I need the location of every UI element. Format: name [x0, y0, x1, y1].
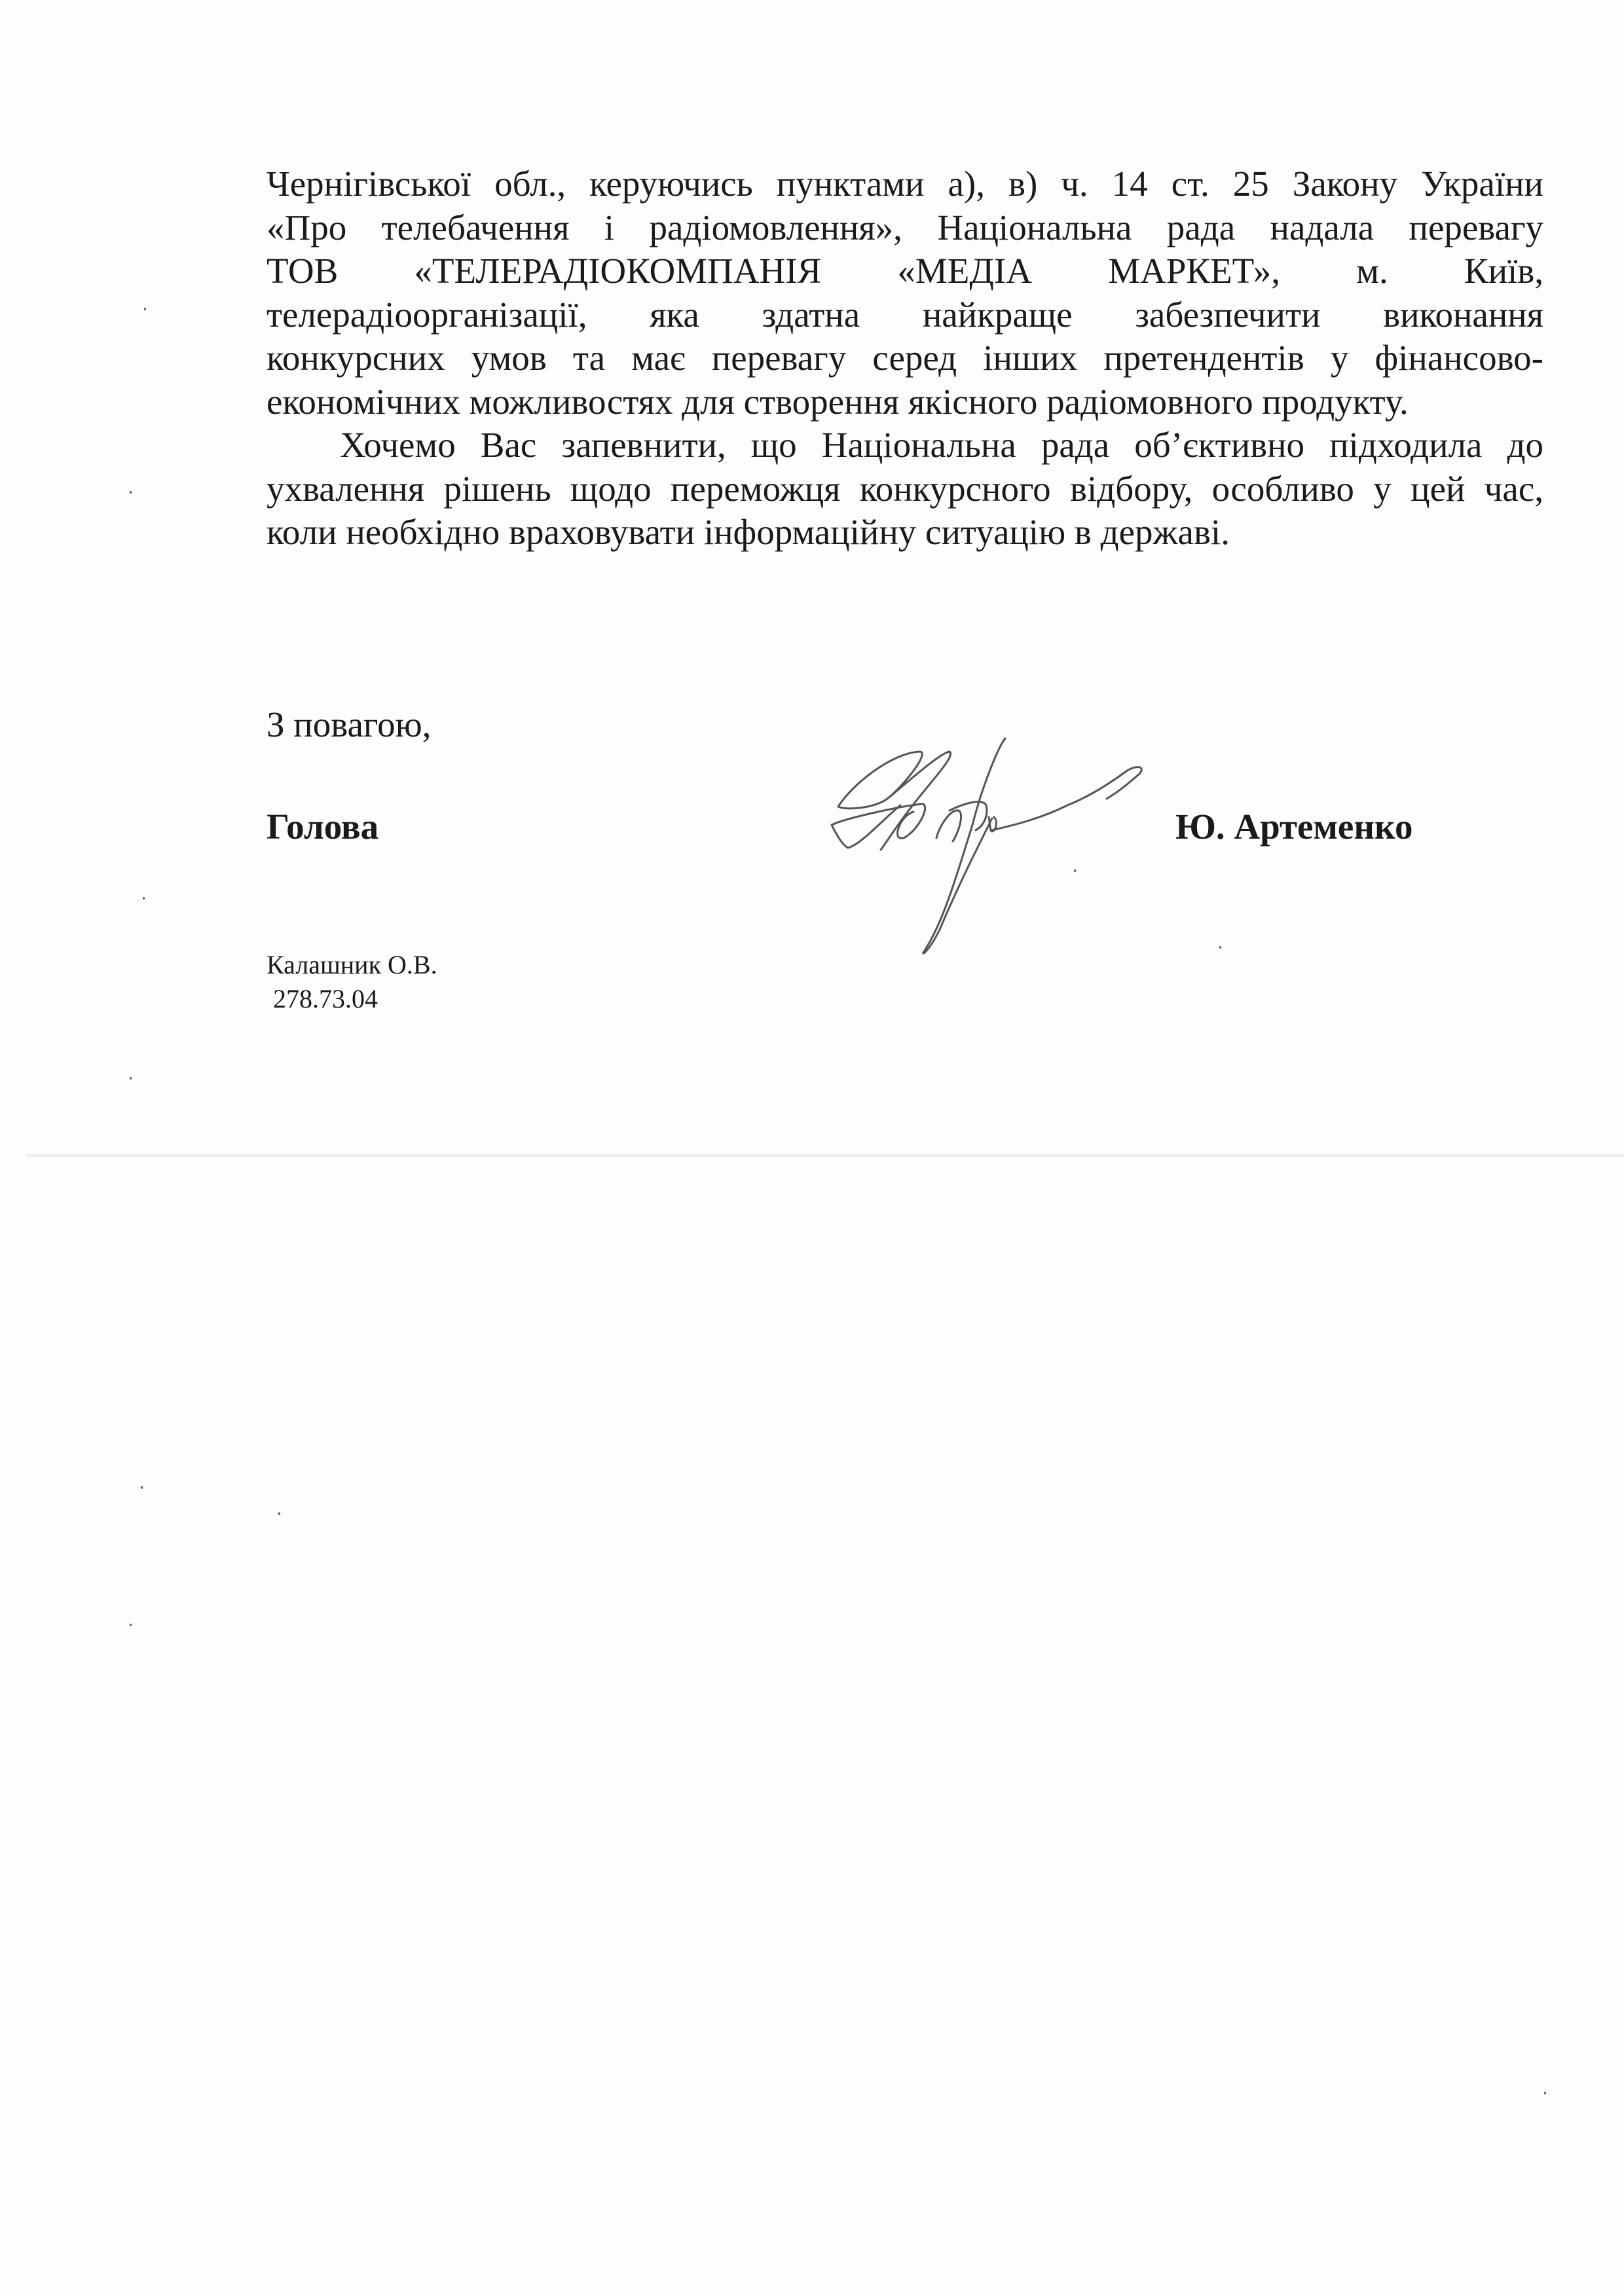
scan-speck	[141, 1486, 143, 1489]
body-line: ТОВ «ТЕЛЕРАДІОКОМПАНІЯ «МЕДІА МАРКЕТ», м…	[267, 249, 1543, 293]
scan-speck	[1074, 869, 1076, 872]
executor-phone: 278.73.04	[267, 982, 437, 1016]
scan-speck	[1544, 2092, 1546, 2094]
executor-info: Калашник О.В. 278.73.04	[267, 948, 437, 1016]
scan-speck	[278, 1512, 280, 1515]
paper-fold-line	[26, 1154, 1624, 1157]
body-line: телерадіоорганізації, яка здатна найкращ…	[267, 293, 1543, 337]
scan-speck	[130, 491, 132, 494]
scan-speck	[130, 1077, 132, 1080]
signatory-position: Голова	[267, 805, 378, 848]
scan-speck	[143, 897, 145, 900]
letter-body: Чернігівської обл., керуючись пунктами а…	[267, 162, 1543, 555]
body-line: конкурсних умов та має перевагу серед ін…	[267, 337, 1543, 380]
scan-speck	[144, 308, 146, 310]
paragraph-assurance: Хочемо Вас запевнити, що Національна рад…	[267, 424, 1543, 555]
scan-speck	[1219, 946, 1221, 949]
body-line: ухвалення рішень щодо переможця конкурсн…	[267, 467, 1543, 511]
signatory-name: Ю. Артеменко	[1175, 805, 1412, 848]
closing-salutation: З повагою,	[267, 703, 431, 746]
scan-speck	[130, 1624, 132, 1626]
body-line: економічних можливостях для створення як…	[267, 380, 1543, 424]
body-line: коли необхідно враховувати інформаційну …	[267, 511, 1543, 555]
document-page: Чернігівської обл., керуючись пунктами а…	[0, 0, 1624, 2296]
paragraph-decision: Чернігівської обл., керуючись пунктами а…	[267, 162, 1543, 424]
handwritten-signature-icon	[825, 733, 1166, 969]
executor-name: Калашник О.В.	[267, 950, 437, 979]
body-line: Чернігівської обл., керуючись пунктами а…	[267, 162, 1543, 206]
body-line: «Про телебачення і радіомовлення», Націо…	[267, 206, 1543, 250]
body-line: Хочемо Вас запевнити, що Національна рад…	[267, 424, 1543, 467]
